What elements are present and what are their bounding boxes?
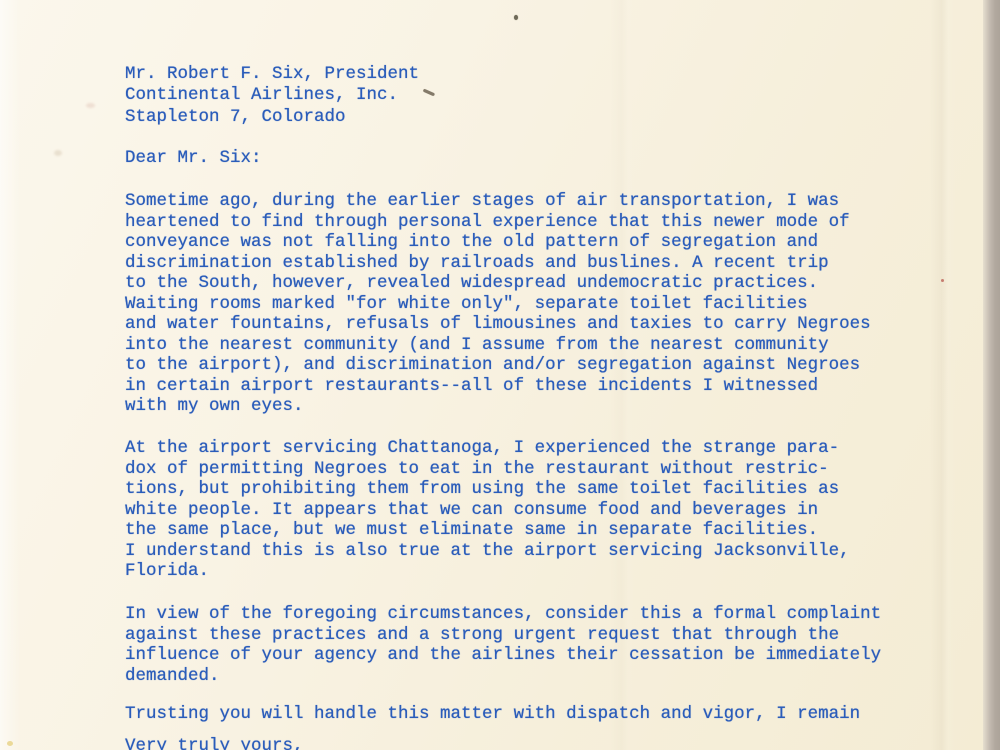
body-paragraph-3: In view of the foregoing circumstances, … — [125, 604, 881, 686]
paper-smudge — [54, 150, 62, 156]
closing-line-partially-visible: Very truly yours, — [125, 736, 304, 750]
scan-edge-left — [0, 0, 20, 750]
paper-speck — [7, 741, 13, 746]
recipient-address: Mr. Robert F. Six, President Continental… — [125, 64, 419, 128]
body-paragraph-1: Sometime ago, during the earlier stages … — [125, 191, 871, 417]
paper-smudge — [86, 103, 95, 108]
pencil-tick-mark — [423, 89, 435, 96]
scanned-letter-page: Mr. Robert F. Six, President Continental… — [0, 0, 1000, 750]
paper-speck — [941, 279, 944, 282]
paper-speck — [514, 15, 518, 20]
scan-edge-right — [983, 0, 1000, 750]
body-paragraph-4: Trusting you will handle this matter wit… — [125, 704, 860, 725]
salutation: Dear Mr. Six: — [125, 148, 262, 169]
body-paragraph-2: At the airport servicing Chattanoga, I e… — [125, 438, 850, 582]
paper-crease — [930, 0, 956, 750]
